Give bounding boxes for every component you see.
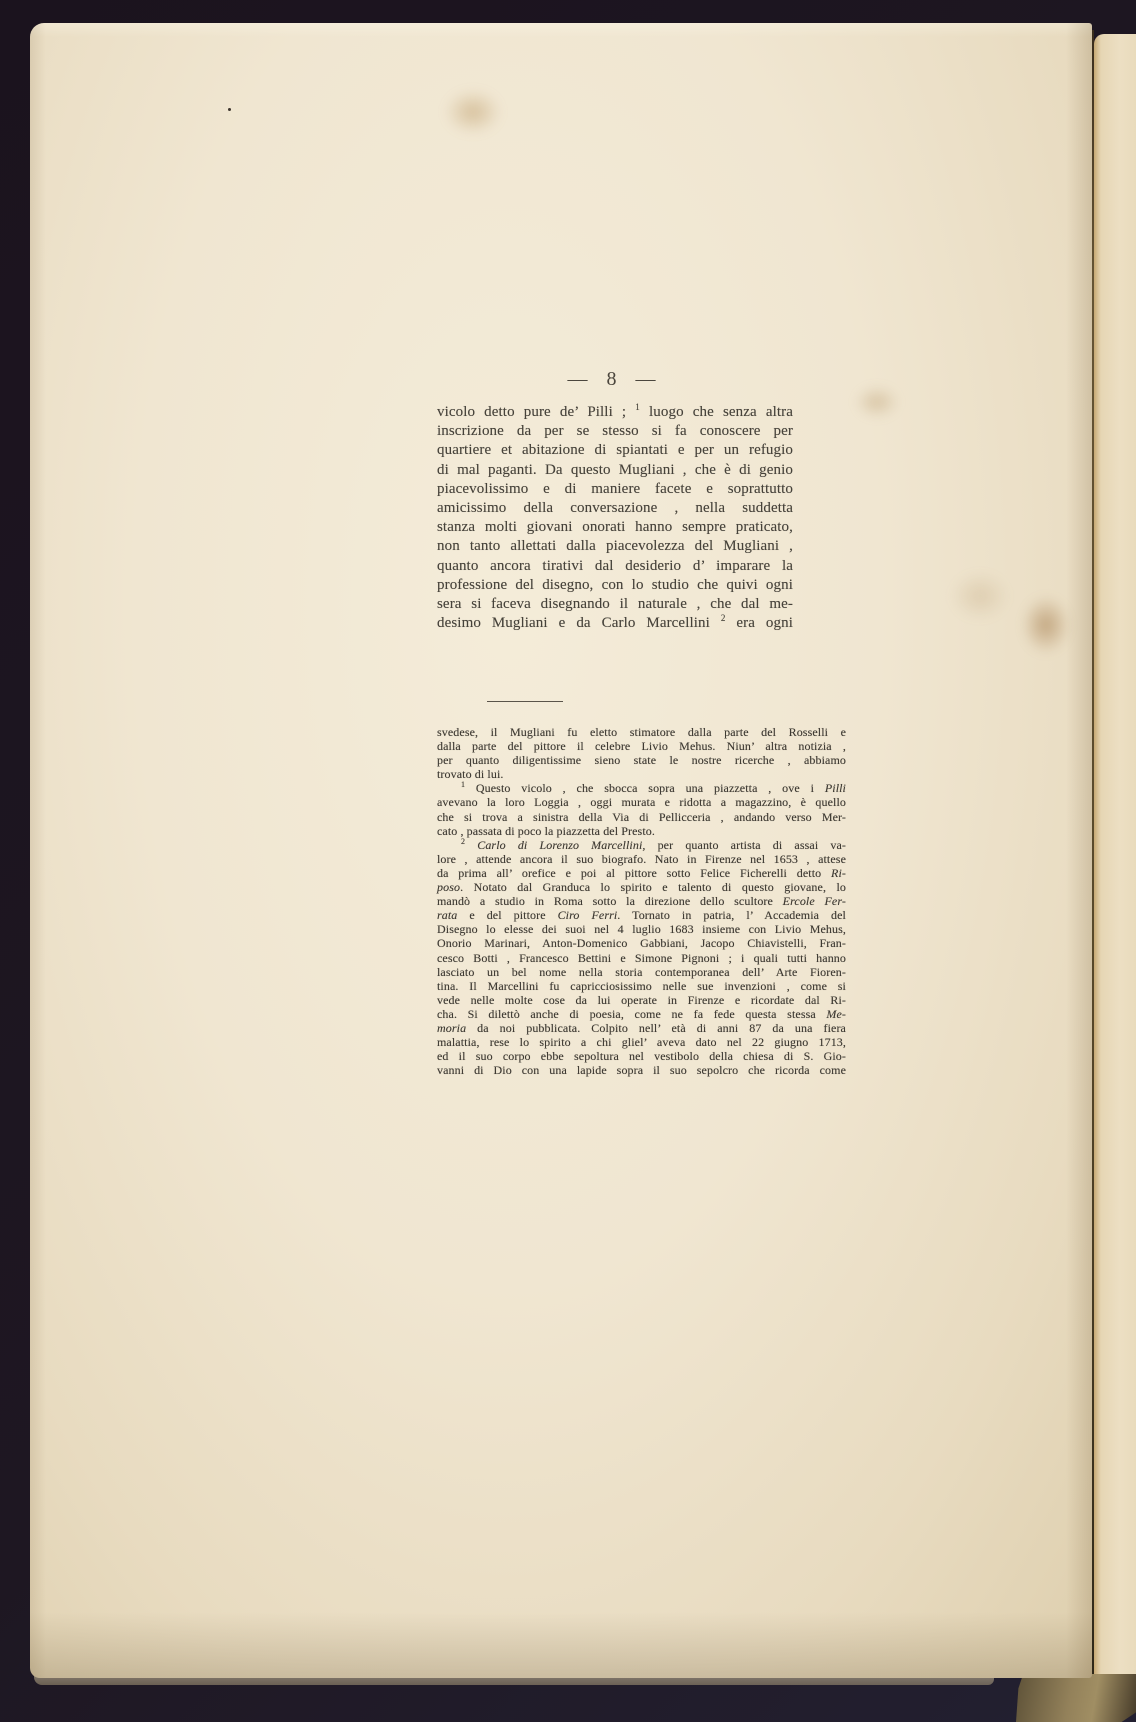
footnotes: svedese, il Mugliani fu eletto stimatore… — [437, 725, 846, 1077]
footnote-line: avevano la loro Loggia , oggi murata e r… — [437, 795, 846, 809]
text-line: amicissimo della conversazione , nella s… — [437, 499, 793, 518]
footnote-line: 1 Questo vicolo , che sbocca sopra una p… — [437, 781, 846, 795]
footnote-line: per quanto diligentissime sieno state le… — [437, 753, 846, 767]
text-line: sera si faceva disegnando il naturale , … — [437, 595, 793, 614]
photo-background: — 8 — vicolo detto pure de’ Pilli ; 1 lu… — [0, 0, 1136, 1722]
footnote-line: cesco Botti , Francesco Bettini e Simone… — [437, 951, 846, 965]
footnote-line: lasciato un bel nome nella storia contem… — [437, 965, 846, 979]
main-text: vicolo detto pure de’ Pilli ; 1 luogo ch… — [437, 403, 793, 633]
page-number: — 8 — — [437, 368, 793, 391]
footnote-separator — [487, 701, 563, 702]
footnote-line: malattia, rese lo spirito a chi gliel’ a… — [437, 1035, 846, 1049]
footnote-line: cha. Si dilettò anche di poesia, come ne… — [437, 1007, 846, 1021]
text-line: professione del disegno, con lo studio c… — [437, 576, 793, 595]
paper-stain — [950, 571, 1010, 621]
footnote-line: vanni di Dio con una lapide sopra il suo… — [437, 1063, 846, 1077]
footnote-line: lore , attende ancora il suo biografo. N… — [437, 852, 846, 866]
footnote-line: moria da noi pubblicata. Colpito nell’ e… — [437, 1021, 846, 1035]
footnote-line: cato , passata di poco la piazzetta del … — [437, 824, 846, 838]
footnote-line: svedese, il Mugliani fu eletto stimatore… — [437, 725, 846, 739]
footnote-line: Disegno lo elesse dei suoi nel 4 luglio … — [437, 922, 846, 936]
text-line: quanto ancora tirativi dal desiderio d’ … — [437, 557, 793, 576]
footnote-line: da prima all’ orefice e poi al pittore s… — [437, 866, 846, 880]
paper-speck — [228, 108, 231, 111]
text-line: quartiere et abitazione di spiantati e p… — [437, 441, 793, 460]
text-line: vicolo detto pure de’ Pilli ; 1 luogo ch… — [437, 403, 793, 422]
text-line: non tanto allettati dalla piacevolezza d… — [437, 537, 793, 556]
text-line: di mal paganti. Da questo Mugliani , che… — [437, 461, 793, 480]
footnote-line: rata e del pittore Ciro Ferri. Tornato i… — [437, 908, 846, 922]
footnote-line: Onorio Marinari, Anton-Domenico Gabbiani… — [437, 936, 846, 950]
footnote-line: poso. Notato dal Granduca lo spirito e t… — [437, 880, 846, 894]
footnote-line: vede nelle molte cose da lui operate in … — [437, 993, 846, 1007]
footnote-line: mandò a studio in Roma sotto la direzion… — [437, 894, 846, 908]
paper-stain — [854, 385, 900, 419]
footnote-line: che si trova a sinistra della Via di Pel… — [437, 810, 846, 824]
paper-stain — [444, 89, 502, 135]
footnote-line: trovato di lui. — [437, 767, 846, 781]
footnote-line: ed il suo corpo ebbe sepoltura nel vesti… — [437, 1049, 846, 1063]
text-line: inscrizione da per se stesso si fa conos… — [437, 422, 793, 441]
paper-stain — [1022, 596, 1070, 654]
footnote-line: 2 Carlo di Lorenzo Marcellini, per quant… — [437, 838, 846, 852]
text-line: desimo Mugliani e da Carlo Marcellini 2 … — [437, 614, 793, 633]
book-binding-corner — [1016, 1674, 1136, 1722]
footnote-line: tina. Il Marcellini fu capricciosissimo … — [437, 979, 846, 993]
text-line: piacevolissimo e di maniere facete e sop… — [437, 480, 793, 499]
footnote-line: dalla parte del pittore il celebre Livio… — [437, 739, 846, 753]
facing-page-edge — [1094, 34, 1136, 1690]
text-line: stanza molti giovani onorati hanno sempr… — [437, 518, 793, 537]
